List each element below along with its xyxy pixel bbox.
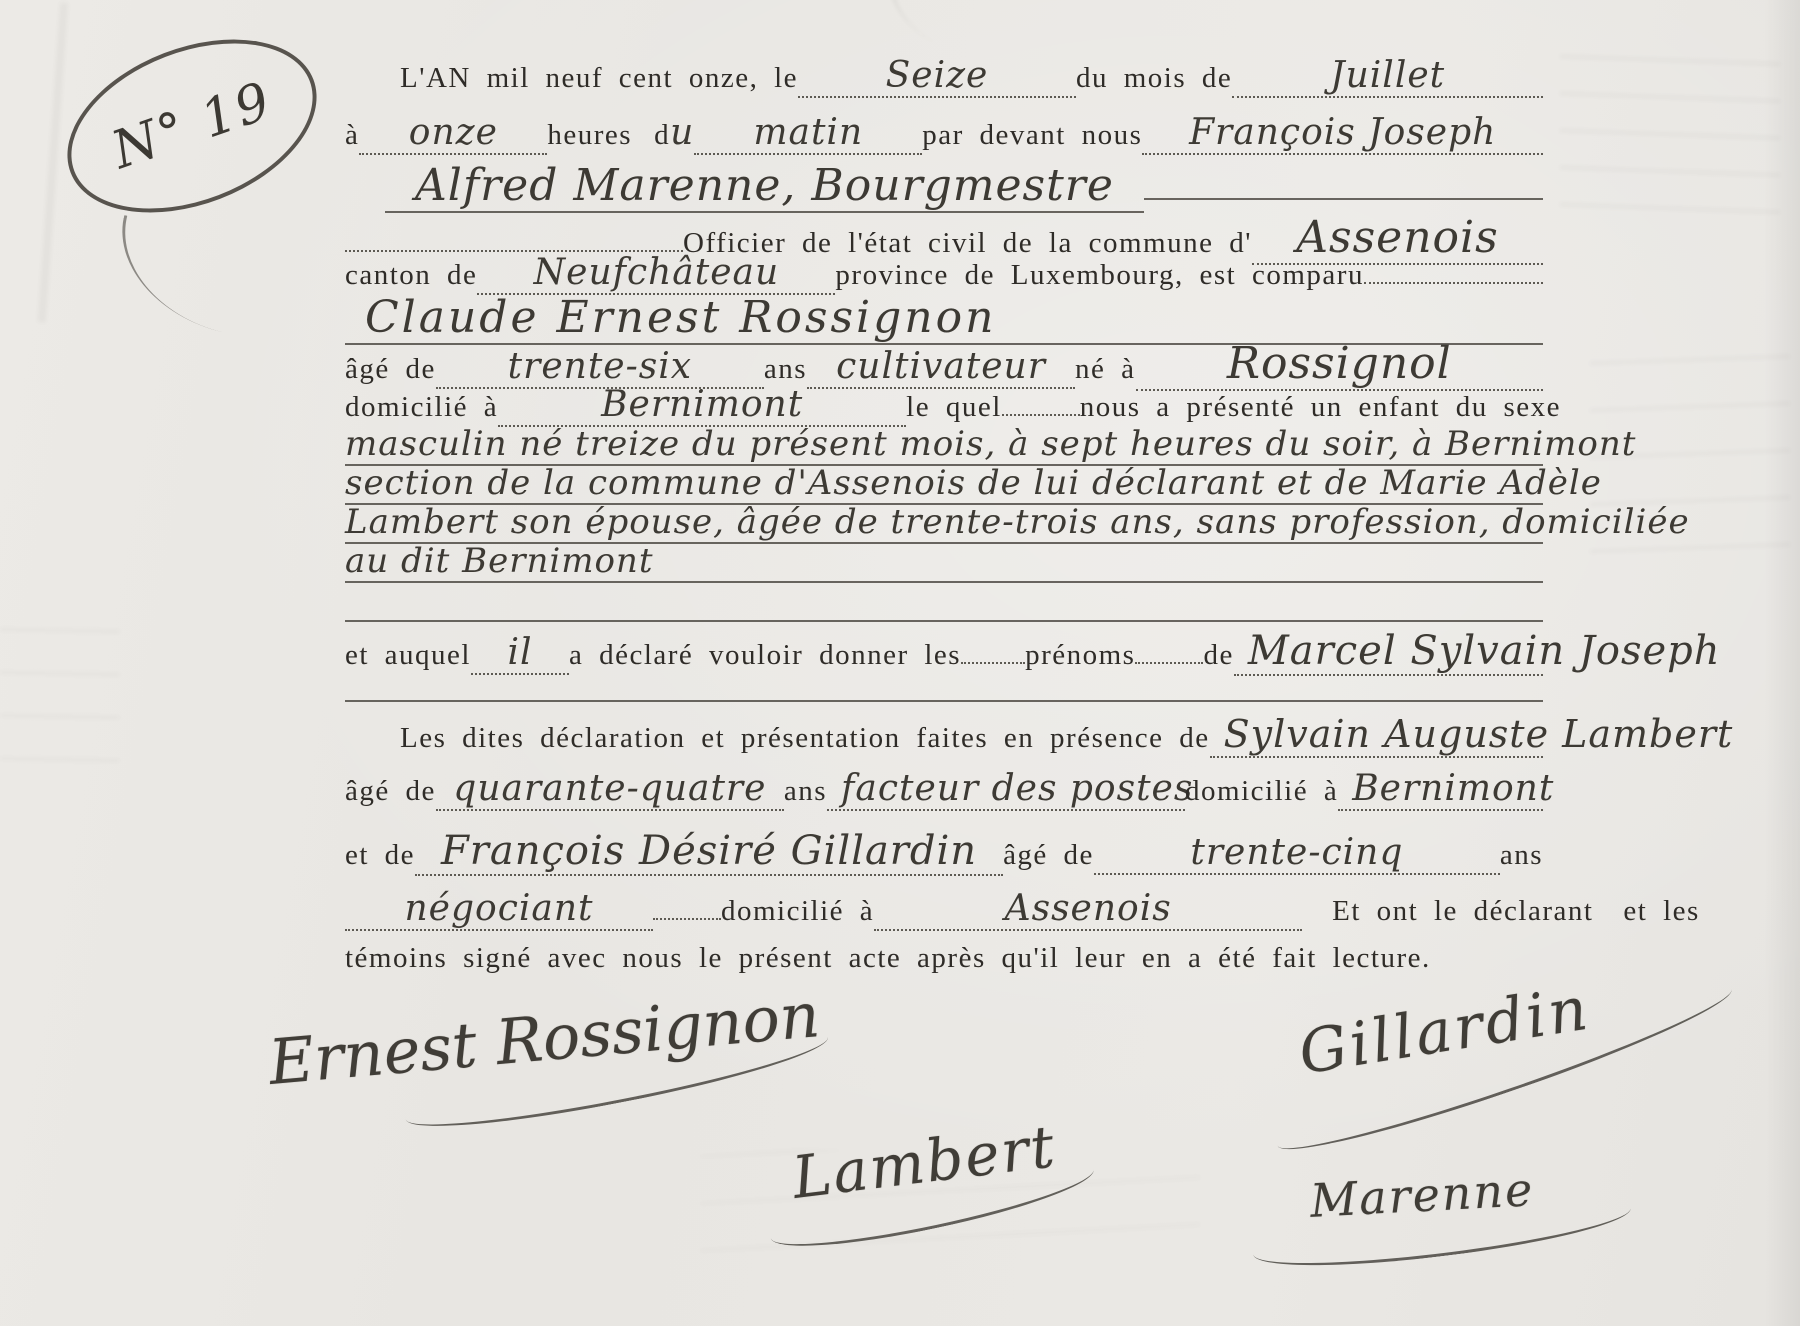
handwritten-paragraph-line: masculin né treize du présent mois, à se…	[345, 424, 1543, 466]
handwritten-paragraph-line: section de la commune d'Assenois de lui …	[345, 463, 1543, 505]
printed-text: de	[1203, 639, 1233, 672]
form-line-closing: témoins signé avec nous le présent acte …	[345, 942, 1543, 975]
ruled-blank-line	[345, 700, 1543, 702]
printed-text: Et ont le déclarant	[1332, 895, 1593, 928]
printed-text: d	[654, 119, 670, 152]
form-line-witnesses-intro: Les dites déclaration et présentation fa…	[345, 712, 1543, 758]
printed-text: témoins signé avec nous le présent acte …	[345, 942, 1431, 975]
printed-text: ans	[764, 353, 807, 386]
printed-text: ans	[784, 775, 827, 808]
signature-witness1: Lambert	[789, 1112, 1060, 1212]
printed-text: nous a présenté un enfant du sexe	[1080, 391, 1561, 424]
printed-text: Les dites déclaration et présentation fa…	[400, 722, 1210, 755]
form-line-witness2: et de François Désiré Gillardin âgé de t…	[345, 828, 1543, 876]
birth-certificate-scan: N° 19 L'AN mil neuf cent onze, le Seize …	[0, 0, 1800, 1326]
form-line-canton: canton de Neufchâteau province de Luxemb…	[345, 252, 1543, 295]
printed-text: canton de	[345, 259, 477, 292]
handwritten-officer-name: Alfred Marenne, Bourgmestre	[385, 160, 1144, 213]
handwritten-text: au dit Bernimont	[345, 541, 654, 581]
ruled-blank	[653, 918, 721, 920]
printed-text: a déclaré vouloir donner les	[569, 639, 961, 672]
handwritten-daypart: matin	[694, 112, 922, 155]
handwritten-paragraph-line: au dit Bernimont	[345, 541, 1543, 583]
handwritten-entry: il	[471, 632, 569, 675]
ruled-blank	[1364, 282, 1543, 284]
printed-text: domicilié à	[721, 895, 874, 928]
ruled-blank	[1135, 662, 1203, 664]
handwritten-witness1-profession: facteur des postes	[827, 768, 1185, 811]
form-line-officer-name: Alfred Marenne, Bourgmestre	[345, 160, 1543, 213]
printed-text: âgé de	[1003, 839, 1094, 872]
printed-text: et auquel	[345, 639, 471, 672]
printed-text: et de	[345, 839, 415, 872]
printed-text: né à	[1075, 353, 1136, 386]
handwritten-entry: u	[670, 112, 694, 153]
act-number-oval: N° 19	[43, 7, 342, 246]
printed-text: par devant nous	[922, 119, 1142, 152]
printed-text: L'AN mil neuf cent onze, le	[400, 62, 798, 95]
form-line-date: L'AN mil neuf cent onze, le Seize du moi…	[345, 55, 1543, 98]
ruled-blank-line	[345, 620, 1543, 622]
bleed-through-mark	[1560, 40, 1780, 240]
printed-text: prénoms	[1025, 639, 1135, 672]
handwritten-officer-firstnames: François Joseph	[1142, 112, 1543, 155]
ruled-blank	[1144, 198, 1543, 200]
handwritten-profession: cultivateur	[807, 346, 1075, 389]
handwritten-witness2-name: François Désiré Gillardin	[415, 828, 1003, 876]
handwritten-witness2-age: trente-cinq	[1094, 832, 1500, 875]
handwritten-domicile: Bernimont	[498, 384, 906, 427]
printed-text: âgé de	[345, 353, 436, 386]
bleed-through-mark	[0, 0, 67, 322]
pen-flourish-mark	[103, 215, 244, 332]
printed-text: du mois de	[1076, 62, 1232, 95]
handwritten-month: Juillet	[1232, 55, 1543, 98]
handwritten-text: masculin né treize du présent mois, à se…	[345, 424, 1636, 464]
printed-text: province de Luxembourg, est comparu	[835, 259, 1364, 292]
pen-flourish-mark	[871, 0, 982, 53]
printed-text: domicilié à	[345, 391, 498, 424]
printed-text: âgé de	[345, 775, 436, 808]
printed-text: domicilié à	[1185, 775, 1338, 808]
printed-text: et les	[1623, 895, 1699, 928]
ruled-blank	[1002, 414, 1080, 416]
handwritten-witness2-domicile: Assenois	[874, 888, 1302, 931]
form-line-witness2-details: négociant domicilié à Assenois Et ont le…	[345, 888, 1543, 931]
handwritten-given-names: Marcel Sylvain Joseph	[1234, 628, 1543, 676]
handwritten-witness1-domicile: Bernimont	[1338, 768, 1543, 811]
handwritten-witness1-age: quarante-quatre	[436, 768, 784, 811]
handwritten-witness1-name: Sylvain Auguste Lambert	[1210, 712, 1543, 758]
printed-text: ans	[1500, 839, 1543, 872]
form-line-domicile: domicilié à Bernimont le quel nous a pré…	[345, 384, 1543, 427]
handwritten-canton: Neufchâteau	[477, 252, 835, 295]
handwritten-declarant-name: Claude Ernest Rossignon	[365, 292, 996, 343]
signature-declarant: Ernest Rossignon	[266, 978, 823, 1099]
handwritten-day: Seize	[798, 55, 1076, 98]
signature-witness2: Gillardin	[1294, 973, 1595, 1088]
handwritten-age: trente-six	[436, 346, 764, 389]
handwritten-witness2-profession: négociant	[345, 888, 653, 931]
form-line-witness1-details: âgé de quarante-quatre ans facteur des p…	[345, 768, 1543, 811]
printed-text: heures	[547, 119, 632, 152]
ruled-blank	[961, 662, 1025, 664]
act-number: N° 19	[105, 71, 280, 181]
handwritten-hour: onze	[359, 112, 547, 155]
form-line-given-names: et auquel il a déclaré vouloir donner le…	[345, 628, 1543, 676]
printed-text: le quel	[906, 391, 1002, 424]
printed-text: à	[345, 119, 359, 152]
bleed-through-mark	[0, 600, 120, 800]
signature-officer: Marenne	[1309, 1162, 1536, 1228]
form-line-time-officer: à onze heures d u matin par devant nous …	[345, 112, 1543, 155]
handwritten-paragraph-line: Lambert son épouse, âgée de trente-trois…	[345, 502, 1543, 544]
handwritten-text: section de la commune d'Assenois de lui …	[345, 463, 1602, 503]
handwritten-text: Lambert son épouse, âgée de trente-trois…	[345, 502, 1690, 542]
